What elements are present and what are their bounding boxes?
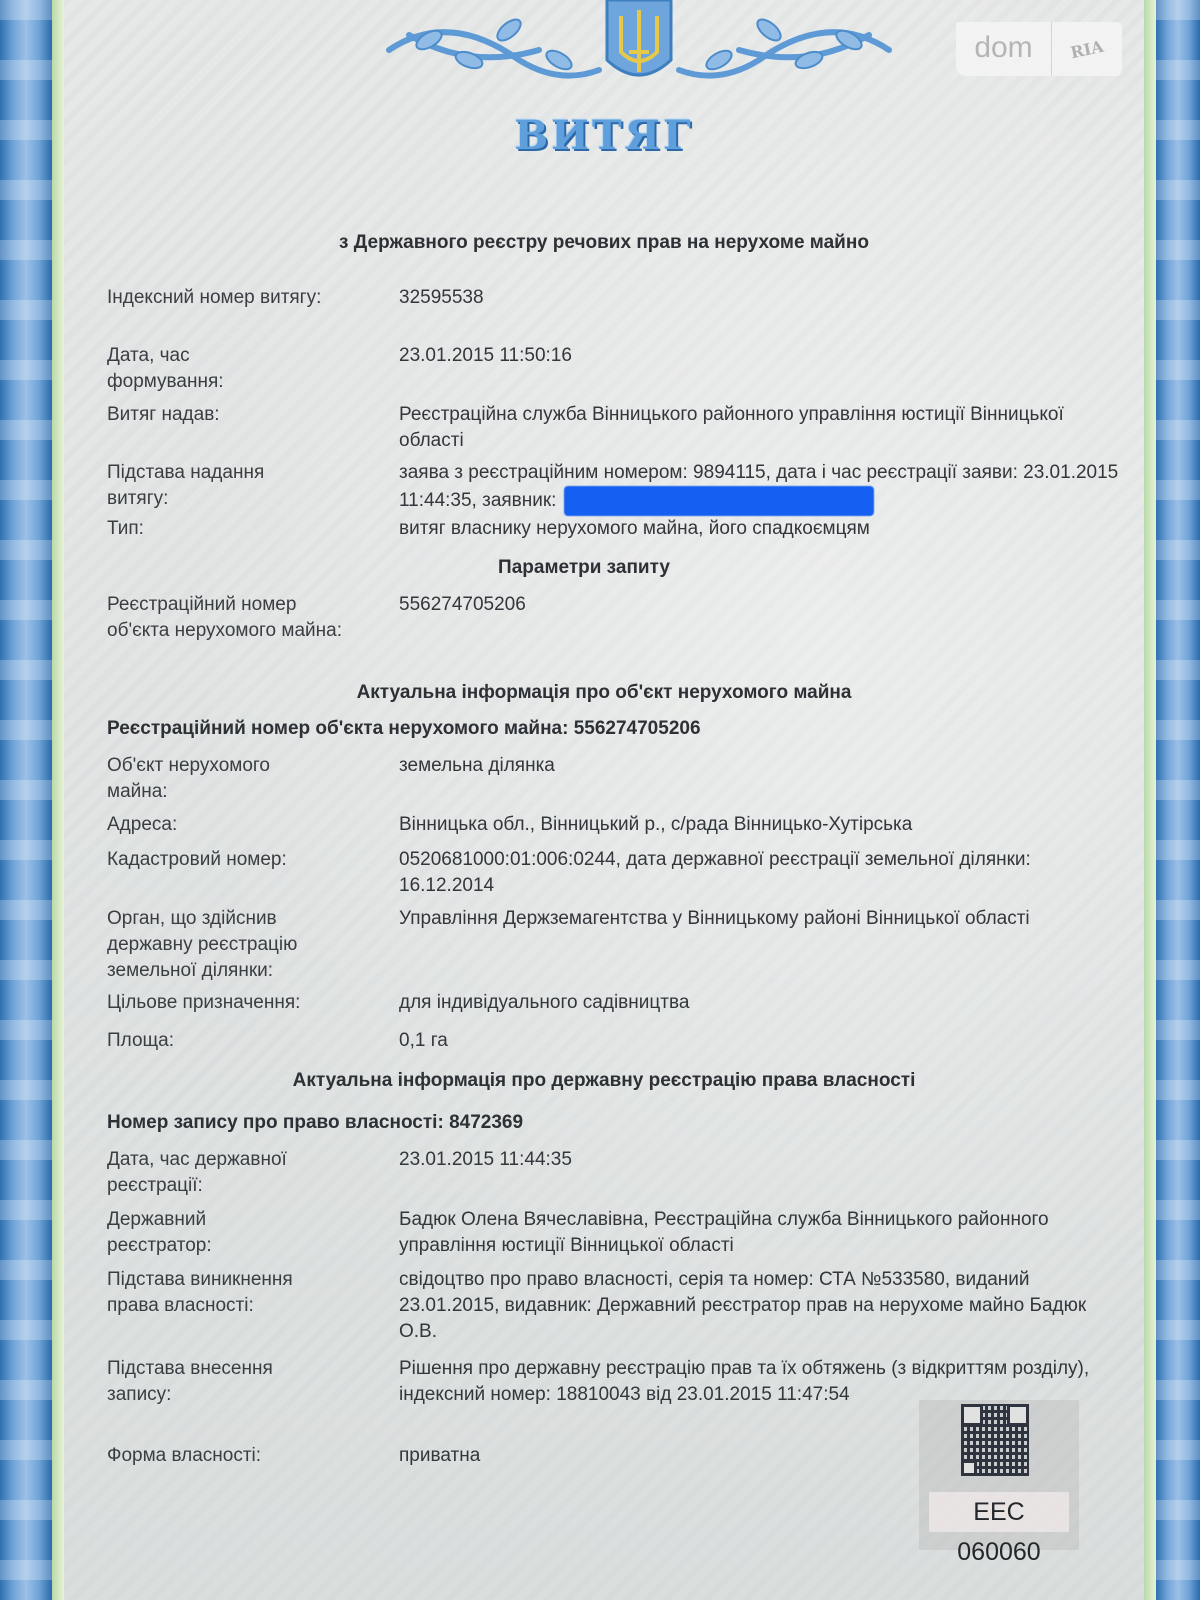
- redaction-bar: [564, 486, 874, 516]
- serial-number: ЕЕС 060060: [929, 1492, 1069, 1532]
- field-value: свідоцтво про право власності, серія та …: [399, 1267, 1124, 1345]
- field-value: Вінницька обл., Вінницький р., с/рада Ві…: [399, 812, 1124, 838]
- section-heading-ownership: Актуальна інформація про державну реєстр…: [64, 1070, 1144, 1092]
- field-label: Кадастровий номер:: [107, 847, 367, 873]
- field-value: 23.01.2015 11:44:35: [399, 1147, 1124, 1173]
- ownership-record-line: Номер запису про право власності: 847236…: [107, 1112, 523, 1134]
- security-stamp: ЕЕС 060060: [919, 1400, 1079, 1550]
- field-value: 23.01.2015 11:50:16: [399, 343, 1124, 369]
- field-value: для індивідуального садівництва: [399, 990, 1124, 1016]
- document-paper: ВИТЯГ з Державного реєстру речових прав …: [64, 0, 1144, 1600]
- document-border-left: [0, 0, 52, 1600]
- field-label: Витяг надав:: [107, 402, 367, 428]
- field-value: 32595538: [399, 285, 1124, 311]
- field-label: Підстава внесення запису:: [107, 1356, 327, 1408]
- object-reg-number-line: Реєстраційний номер об'єкта нерухомого м…: [107, 718, 701, 740]
- dom-ria-watermark: dom RIA: [956, 22, 1122, 76]
- field-value: 0520681000:01:006:0244, дата державної р…: [399, 847, 1124, 899]
- field-value: земельна ділянка: [399, 753, 1124, 779]
- field-value: витяг власнику нерухомого майна, його сп…: [399, 516, 1124, 542]
- document-title: ВИТЯГ: [64, 112, 1144, 159]
- field-value: Бадюк Олена Вячеславівна, Реєстраційна с…: [399, 1207, 1124, 1259]
- field-label: Індексний номер витягу:: [107, 285, 367, 311]
- field-label: Дата, час формування:: [107, 343, 257, 395]
- watermark-dom: dom: [956, 22, 1052, 76]
- field-label: Дата, час державної реєстрації:: [107, 1147, 337, 1199]
- field-value: Реєстраційна служба Вінницького районног…: [399, 402, 1124, 454]
- field-value: Управління Держземагентства у Вінницьком…: [399, 906, 1124, 932]
- field-label: Цільове призначення:: [107, 990, 387, 1016]
- field-label: Площа:: [107, 1028, 367, 1054]
- field-label: Підстава надання витягу:: [107, 460, 317, 512]
- section-heading-object: Актуальна інформація про об'єкт нерухомо…: [64, 682, 1144, 704]
- document-subtitle: з Державного реєстру речових прав на нер…: [64, 232, 1144, 254]
- field-label: Підстава виникнення права власності:: [107, 1267, 347, 1319]
- watermark-ria: RIA: [1051, 32, 1123, 65]
- document-border-right: [1156, 0, 1200, 1600]
- field-label: Тип:: [107, 516, 367, 542]
- field-label: Реєстраційний номер об'єкта нерухомого м…: [107, 592, 347, 644]
- field-value: 556274705206: [399, 592, 1124, 618]
- coat-of-arms-icon: [369, 0, 909, 100]
- qr-code-icon: [961, 1404, 1029, 1476]
- field-label: Державний реєстратор:: [107, 1207, 257, 1259]
- section-heading-query: Параметри запиту: [24, 557, 1144, 579]
- field-label: Об'єкт нерухомого майна:: [107, 753, 317, 805]
- field-label: Адреса:: [107, 812, 367, 838]
- field-label: Орган, що здійснив державну реєстрацію з…: [107, 906, 347, 984]
- field-value: заява з реєстраційним номером: 9894115, …: [399, 460, 1124, 516]
- field-value: 0,1 га: [399, 1028, 1124, 1054]
- field-label: Форма власності:: [107, 1443, 367, 1469]
